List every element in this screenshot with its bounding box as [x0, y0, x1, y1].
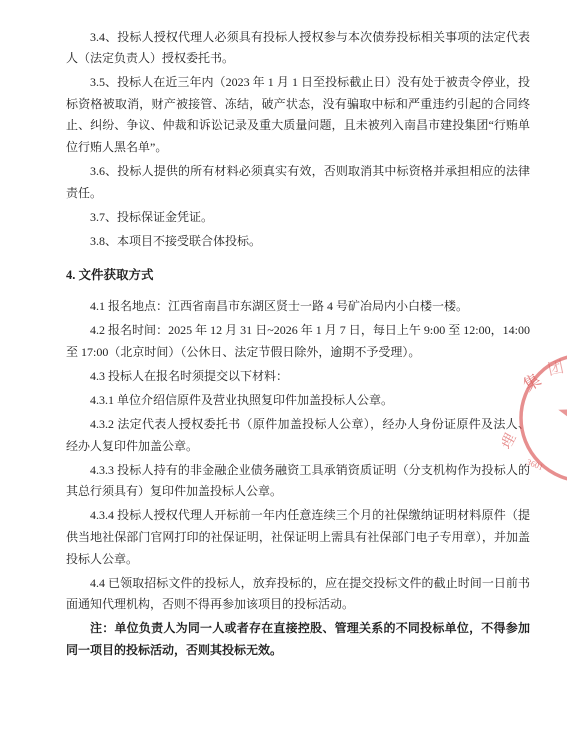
clause-4-1: 4.1 报名地点：江西省南昌市东湖区贤士一路 4 号矿冶局内小白楼一楼。 — [66, 296, 530, 318]
clause-4-4: 4.4 已领取招标文件的投标人，放弃投标的，应在提交投标文件的截止时间一日前书面… — [66, 573, 530, 616]
clause-4-3-3: 4.3.3 投标人持有的非金融企业债务融资工具承销资质证明（分支机构作为投标人的… — [66, 460, 530, 503]
document-body: 3.4、投标人授权代理人必须具有投标人授权参与本次债券投标相关事项的法定代表人（… — [66, 24, 530, 664]
clause-4-3-2: 4.3.2 法定代表人授权委托书（原件加盖投标人公章），经办人身份证原件及法人、… — [66, 414, 530, 457]
clause-4-3: 4.3 投标人在报名时须提交以下材料： — [66, 366, 530, 388]
clause-3-5: 3.5、投标人在近三年内（2023 年 1 月 1 日至投标截止日）没有处于被责… — [66, 72, 530, 158]
clause-4-3-1: 4.3.1 单位介绍信原件及营业执照复印件加盖投标人公章。 — [66, 390, 530, 412]
clause-4-3-4: 4.3.4 投标人授权代理人开标前一年内任意连续三个月的社保缴纳证明材料原件（提… — [66, 505, 530, 570]
clause-3-6: 3.6、投标人提供的所有材料必须真实有效，否则取消其中标资格并承担相应的法律责任… — [66, 161, 530, 204]
seal-star-icon — [558, 391, 567, 440]
clause-4-2: 4.2 报名时间：2025 年 12 月 31 日~2026 年 1 月 7 日… — [66, 320, 530, 363]
clause-3-7: 3.7、投标保证金凭证。 — [66, 207, 530, 229]
section-4-heading: 4. 文件获取方式 — [66, 265, 530, 287]
seal-arc-char-2: 团 — [546, 358, 565, 379]
document-page: 3.4、投标人授权代理人必须具有投标人授权参与本次债券投标相关事项的法定代表人（… — [0, 0, 567, 740]
clause-3-8: 3.8、本项目不接受联合体投标。 — [66, 231, 530, 253]
note-paragraph: 注：单位负责人为同一人或者存在直接控股、管理关系的不同投标单位，不得参加同一项目… — [66, 618, 530, 661]
clause-3-4: 3.4、投标人授权代理人必须具有投标人授权参与本次债券投标相关事项的法定代表人（… — [66, 27, 530, 70]
